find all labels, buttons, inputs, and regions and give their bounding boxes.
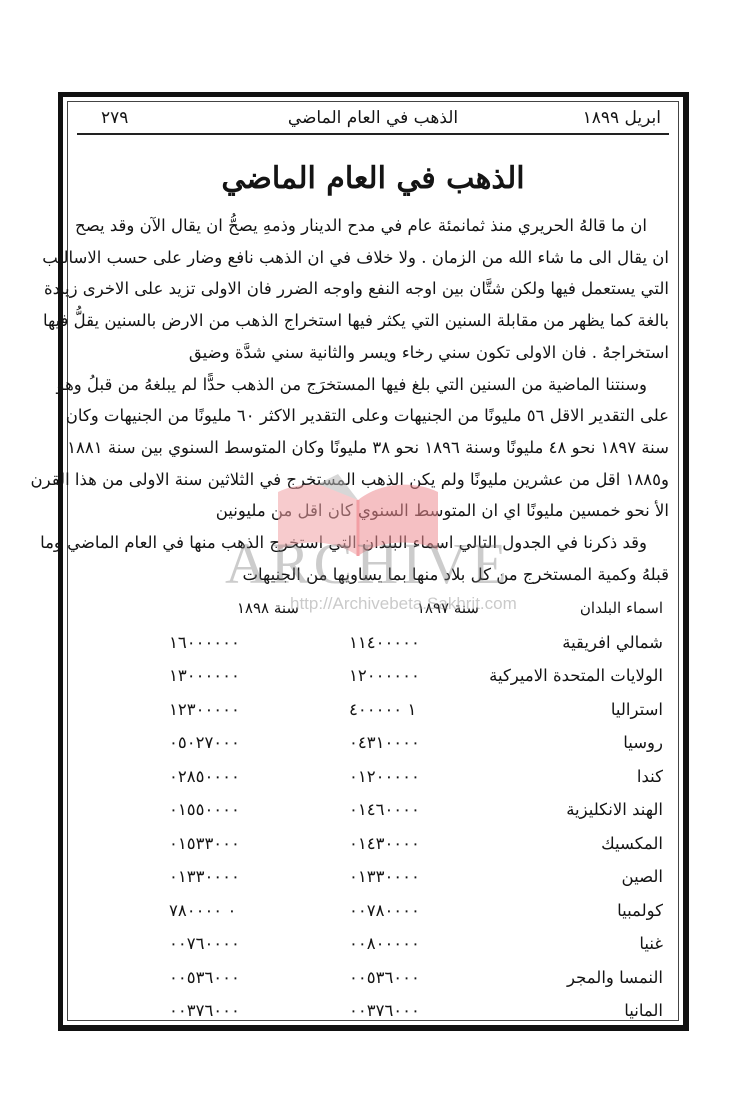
body-line: سنة ١٨٩٧ نحو ٤٨ مليونًا وسنة ١٨٩٦ نحو ٣٨…: [77, 432, 669, 464]
gold-production-table: اسماء البلدان سنة ١٨٩٧ سنة ١٨٩٨ شمالي اف…: [77, 592, 669, 1028]
body-line: ان ما قالهُ الحريري منذ ثمانمئة عام في م…: [77, 210, 669, 242]
header-1898: سنة ١٨٩٨: [169, 592, 299, 626]
value-1898: ٠٥٠٢٧٠٠٠: [169, 726, 299, 760]
table-row: استراليا ١ ٤٠٠٠٠٠ ١٢٣٠٠٠٠٠: [77, 693, 669, 727]
country-name: الولايات المتحدة الاميركية: [489, 659, 663, 693]
body-line: وسنتنا الماضية من السنين التي بلغ فيها ا…: [77, 369, 669, 401]
table-row: روسيا ٠٤٣١٠٠٠٠ ٠٥٠٢٧٠٠٠: [77, 726, 669, 760]
country-name: كندا: [637, 760, 663, 794]
body-line: قبلهُ وكمية المستخرج من كل بلاد منها بما…: [77, 559, 669, 591]
value-1898: ٠١٣٣٠٠٠٠: [169, 860, 299, 894]
body-line: بالغة كما يظهر من مقابلة السنين التي يكث…: [77, 305, 669, 337]
value-1897: ٠١٣٣٠٠٠٠: [349, 860, 479, 894]
body-line: وقد ذكرنا في الجدول التالي اسماء البلدان…: [77, 527, 669, 559]
value-1898: ٠٢٨٥٠٠٠٠: [169, 760, 299, 794]
value-1898: ٠١٥٥٠٠٠٠: [169, 793, 299, 827]
table-row: الولايات المتحدة الاميركية ١٢٠٠٠٠٠٠ ١٣٠٠…: [77, 659, 669, 693]
body-line: و١٨٨٥ اقل من عشرين مليونًا ولم يكن الذهب…: [77, 464, 669, 496]
value-1897: ٠٠٣٧٦٠٠٠: [349, 994, 479, 1028]
table-row: الصين ٠١٣٣٠٠٠٠ ٠١٣٣٠٠٠٠: [77, 860, 669, 894]
table-header-row: اسماء البلدان سنة ١٨٩٧ سنة ١٨٩٨: [77, 592, 669, 626]
body-line: الأ نحو خمسين مليونًا اي ان المتوسط السن…: [77, 495, 669, 527]
value-1897: ١١٤٠٠٠٠٠: [349, 626, 479, 660]
country-name: روسيا: [623, 726, 663, 760]
value-1897: ١ ٤٠٠٠٠٠: [349, 693, 479, 727]
table-row: المكسيك ٠١٤٣٠٠٠٠ ٠١٥٣٣٠٠٠: [77, 827, 669, 861]
value-1897: ٠١٤٦٠٠٠٠: [349, 793, 479, 827]
table-row: كندا ٠١٢٠٠٠٠٠ ٠٢٨٥٠٠٠٠: [77, 760, 669, 794]
page-frame: ابريل ١٨٩٩ الذهب في العام الماضي ٢٧٩ الذ…: [58, 92, 689, 1031]
country-name: كولمبيا: [617, 894, 663, 928]
body-line: على التقدير الاقل ٥٦ مليونًا من الجنيهات…: [77, 400, 669, 432]
value-1898: ١٢٣٠٠٠٠٠: [169, 693, 299, 727]
value-1897: ٠١٤٣٠٠٠٠: [349, 827, 479, 861]
running-title: الذهب في العام الماضي: [77, 103, 669, 133]
table-row: غنيا ٠٠٨٠٠٠٠٠ ٠٠٧٦٠٠٠٠: [77, 927, 669, 961]
country-name: النمسا والمجر: [567, 961, 663, 995]
value-1897: ٠٠٧٨٠٠٠٠: [349, 894, 479, 928]
value-1897: ٠١٢٠٠٠٠٠: [349, 760, 479, 794]
value-1898: ١٣٠٠٠٠٠٠: [169, 659, 299, 693]
article-title: الذهب في العام الماضي: [63, 159, 683, 199]
table-row: النمسا والمجر ٠٠٥٣٦٠٠٠ ٠٠٥٣٦٠٠٠: [77, 961, 669, 995]
country-name: الهند الانكليزية: [566, 793, 663, 827]
article-body: ان ما قالهُ الحريري منذ ثمانمئة عام في م…: [77, 210, 669, 590]
value-1897: ١٢٠٠٠٠٠٠: [349, 659, 479, 693]
value-1897: ٠٠٨٠٠٠٠٠: [349, 927, 479, 961]
value-1898: ٠ ٧٨٠٠٠٠: [169, 894, 299, 928]
value-1898: ٠١٥٣٣٠٠٠: [169, 827, 299, 861]
country-name: المكسيك: [601, 827, 663, 861]
country-name: المانيا: [624, 994, 663, 1028]
value-1898: ٠٠٥٣٦٠٠٠: [169, 961, 299, 995]
country-name: شمالي افريقية: [562, 626, 663, 660]
value-1898: ١٦٠٠٠٠٠٠: [169, 626, 299, 660]
value-1898: ٠٠٣٧٦٠٠٠: [169, 994, 299, 1028]
country-name: استراليا: [611, 693, 663, 727]
table-row: شمالي افريقية ١١٤٠٠٠٠٠ ١٦٠٠٠٠٠٠: [77, 626, 669, 660]
page-number: ٢٧٩: [101, 103, 128, 133]
body-line: التي يستعمل فيها ولكن شتَّان بين اوجه ال…: [77, 273, 669, 305]
value-1897: ٠٠٥٣٦٠٠٠: [349, 961, 479, 995]
country-name: الصين: [622, 860, 663, 894]
table-row: الهند الانكليزية ٠١٤٦٠٠٠٠ ٠١٥٥٠٠٠٠: [77, 793, 669, 827]
header-country: اسماء البلدان: [580, 592, 663, 626]
running-head: ابريل ١٨٩٩ الذهب في العام الماضي ٢٧٩: [77, 103, 669, 135]
body-line: استخراجهُ . فان الاولى تكون سني رخاء ويس…: [77, 337, 669, 369]
table-row: المانيا ٠٠٣٧٦٠٠٠ ٠٠٣٧٦٠٠٠: [77, 994, 669, 1028]
value-1898: ٠٠٧٦٠٠٠٠: [169, 927, 299, 961]
table-row: كولمبيا ٠٠٧٨٠٠٠٠ ٠ ٧٨٠٠٠٠: [77, 894, 669, 928]
country-name: غنيا: [639, 927, 663, 961]
value-1897: ٠٤٣١٠٠٠٠: [349, 726, 479, 760]
body-line: ان يقال الى ما شاء الله من الزمان . ولا …: [77, 242, 669, 274]
header-1897: سنة ١٨٩٧: [349, 592, 479, 626]
